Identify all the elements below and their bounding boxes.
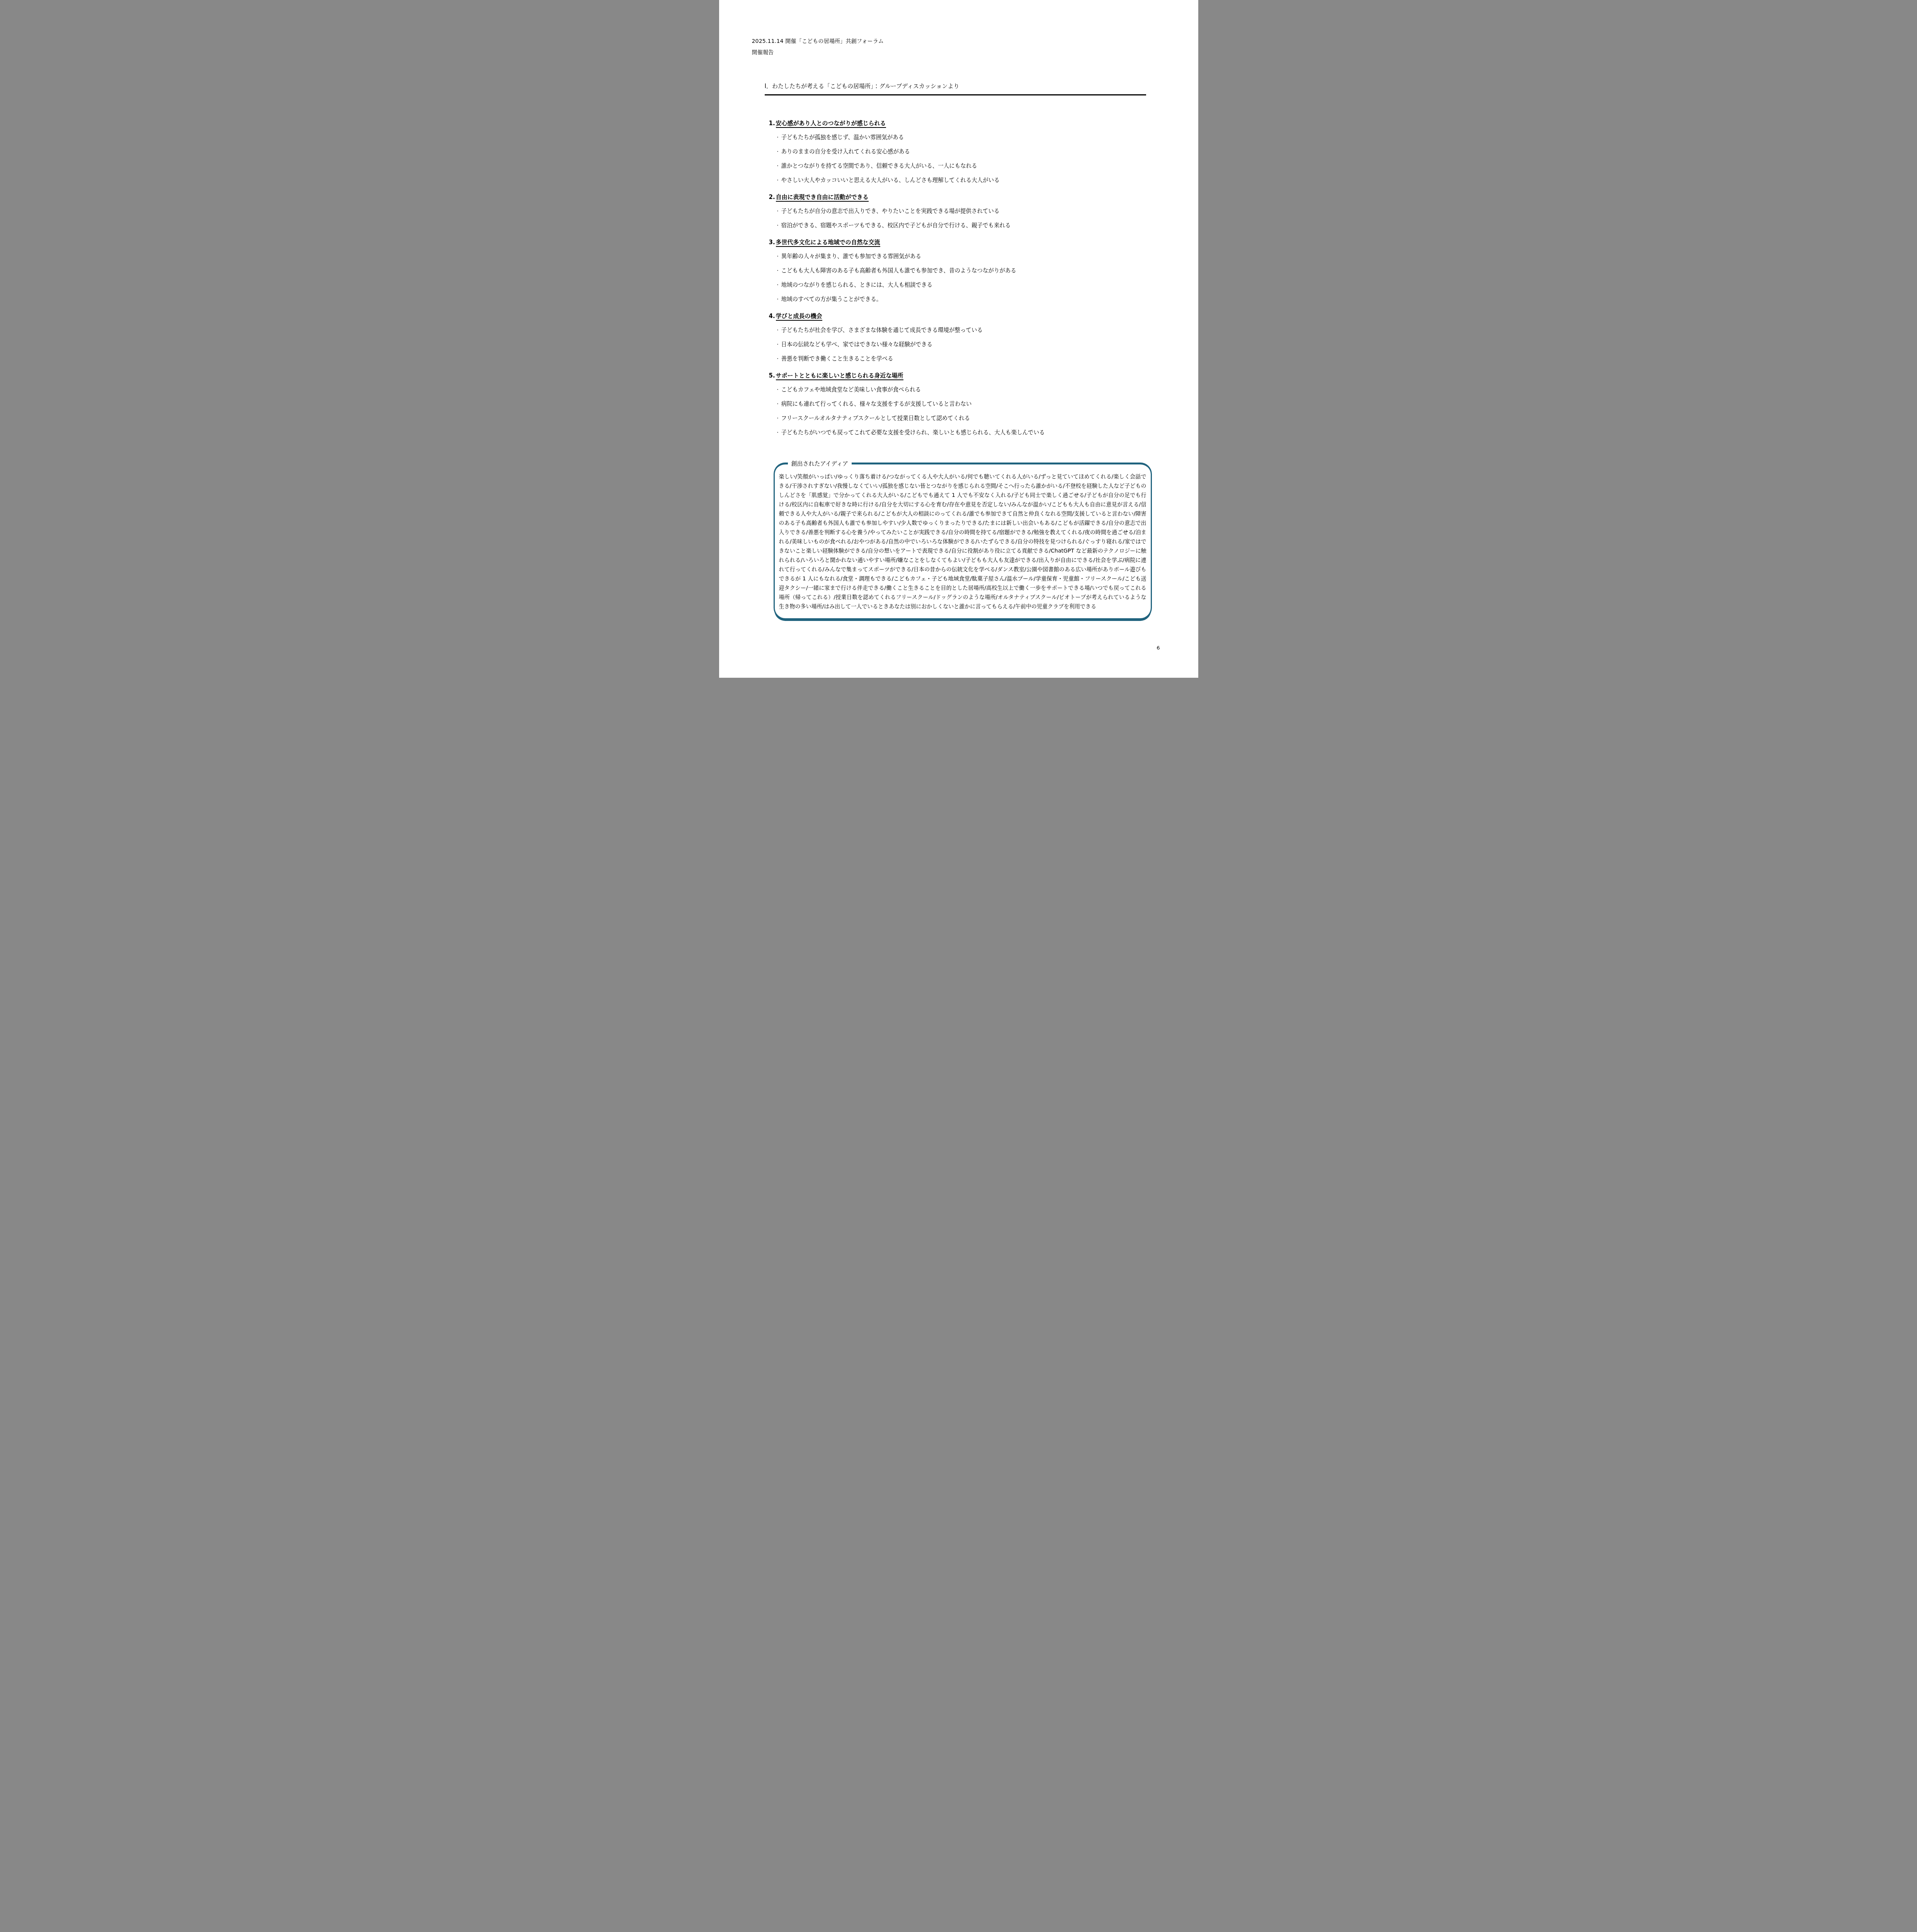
list-item: ・こどもカフェや地域食堂など美味しい食事が食べられる — [769, 383, 1165, 397]
bullet-icon: ・ — [776, 159, 781, 173]
group-list: 1.安心感があり人とのつながりが感じられる ・子どもたちが孤独を感じず、温かい雰… — [769, 116, 1165, 440]
section-title: Ⅰ．わたしたちが考える「こどもの居場所」：グループディスカッションより — [765, 83, 959, 90]
bullet-text: フリースクールオルタナティブスクールとして授業日数として認めてくれる — [781, 415, 970, 422]
bullet-icon: ・ — [776, 264, 781, 278]
document-header-line2: 開催報告 — [752, 49, 1165, 56]
group-title: 学びと成長の機会 — [776, 313, 822, 321]
group-heading-1: 1.安心感があり人とのつながりが感じられる — [769, 116, 1165, 131]
bullet-text: 子どもたちが社会を学び、さまざまな体験を通じて成長できる環境が整っている — [781, 327, 983, 333]
list-item: ・宿泊ができる、宿題やスポーツもできる、校区内で子どもが自分で行ける、親子でも来… — [769, 219, 1165, 233]
bullet-text: 地域のつながりを感じられる、ときには、大人も相談できる — [781, 282, 933, 288]
bullet-icon: ・ — [776, 338, 781, 352]
group-heading-5: 5.サポートとともに楽しいと感じられる身近な場所 — [769, 369, 1165, 383]
bullet-icon: ・ — [776, 131, 781, 145]
bullet-icon: ・ — [776, 352, 781, 366]
group-number: 5. — [769, 369, 776, 383]
bullet-icon: ・ — [776, 426, 781, 440]
list-item: ・地域のつながりを感じられる、ときには、大人も相談できる — [769, 278, 1165, 293]
ideas-box: 創出されたアイディア 楽しい/笑顔がいっぱい/ゆっくり落ち着ける/つながってくる… — [774, 463, 1152, 619]
list-item: ・やさしい大人やカッコいいと思える大人がいる、しんどさも理解してくれる大人がいる — [769, 173, 1165, 188]
list-item: ・異年齢の人々が集まり、誰でも参加できる雰囲気がある — [769, 250, 1165, 264]
bullet-icon: ・ — [776, 204, 781, 219]
list-item: ・地域のすべての方が集うことができる。 — [769, 293, 1165, 307]
group-heading-4: 4.学びと成長の機会 — [769, 309, 1165, 323]
document-page: 2025.11.14 開催「こどもの居場所」共創フォーラム 開催報告 Ⅰ．わたし… — [719, 0, 1198, 678]
list-item: ・善悪を判断でき働くこと生きることを学べる — [769, 352, 1165, 366]
bullet-icon: ・ — [776, 383, 781, 397]
group-number: 4. — [769, 309, 776, 323]
bullet-text: 異年齢の人々が集まり、誰でも参加できる雰囲気がある — [781, 253, 922, 260]
group-heading-3: 3.多世代多文化による地域での自然な交流 — [769, 235, 1165, 250]
bullet-icon: ・ — [776, 219, 781, 233]
section-title-rule: Ⅰ．わたしたちが考える「こどもの居場所」：グループディスカッションより — [765, 82, 1146, 95]
list-item: ・ありのままの自分を受け入れてくれる安心感がある — [769, 145, 1165, 159]
list-item: ・子どもたちがいつでも戻ってこれて必要な支援を受けられ、楽しいとも感じられる、大… — [769, 426, 1165, 440]
bullet-icon: ・ — [776, 397, 781, 412]
bullet-icon: ・ — [776, 250, 781, 264]
bullet-icon: ・ — [776, 173, 781, 188]
list-item: ・病院にも連れて行ってくれる、様々な支援をするが支援していると言わない — [769, 397, 1165, 412]
bullet-text: こどもカフェや地域食堂など美味しい食事が食べられる — [781, 387, 921, 393]
document-header-line1: 2025.11.14 開催「こどもの居場所」共創フォーラム — [752, 37, 1165, 45]
ideas-box-text: 楽しい/笑顔がいっぱい/ゆっくり落ち着ける/つながってくる人や大人がいる/何でも… — [779, 472, 1146, 611]
page-content: 2025.11.14 開催「こどもの居場所」共創フォーラム 開催報告 Ⅰ．わたし… — [719, 0, 1198, 619]
bullet-text: 子どもたちがいつでも戻ってこれて必要な支援を受けられ、楽しいとも感じられる、大人… — [781, 430, 1045, 436]
bullet-text: 地域のすべての方が集うことができる。 — [781, 296, 882, 303]
bullet-icon: ・ — [776, 412, 781, 426]
bullet-icon: ・ — [776, 293, 781, 307]
group-number: 2. — [769, 190, 776, 204]
bullet-icon: ・ — [776, 145, 781, 159]
list-item: ・誰かとつながりを持てる空間であり、信頼できる大人がいる、一人にもなれる — [769, 159, 1165, 173]
group-title: 自由に表現でき自由に活動ができる — [776, 194, 869, 202]
bullet-text: やさしい大人やカッコいいと思える大人がいる、しんどさも理解してくれる大人がいる — [781, 177, 1000, 184]
bullet-text: こどもも大人も障害のある子も高齢者も外国人も誰でも参加でき、昔のようなつながりが… — [781, 268, 1016, 274]
bullet-text: 子どもたちが自分の意志で出入りでき、やりたいことを実践できる場が提供されている — [781, 208, 1000, 214]
list-item: ・日本の伝統なども学べ、家ではできない様々な経験ができる — [769, 338, 1165, 352]
list-item: ・フリースクールオルタナティブスクールとして授業日数として認めてくれる — [769, 412, 1165, 426]
group-title: 多世代多文化による地域での自然な交流 — [776, 239, 880, 247]
group-number: 1. — [769, 116, 776, 131]
bullet-icon: ・ — [776, 323, 781, 338]
bullet-text: ありのままの自分を受け入れてくれる安心感がある — [781, 149, 910, 155]
list-item: ・子どもたちが孤独を感じず、温かい雰囲気がある — [769, 131, 1165, 145]
bullet-text: 病院にも連れて行ってくれる、様々な支援をするが支援していると言わない — [781, 401, 972, 407]
bullet-text: 宿泊ができる、宿題やスポーツもできる、校区内で子どもが自分で行ける、親子でも来れ… — [781, 223, 1011, 229]
bullet-icon: ・ — [776, 278, 781, 293]
page-number: 6 — [1157, 645, 1160, 651]
bullet-text: 子どもたちが孤独を感じず、温かい雰囲気がある — [781, 134, 904, 141]
bullet-text: 善悪を判断でき働くこと生きることを学べる — [781, 356, 893, 362]
group-title: サポートとともに楽しいと感じられる身近な場所 — [776, 372, 903, 380]
list-item: ・こどもも大人も障害のある子も高齢者も外国人も誰でも参加でき、昔のようなつながり… — [769, 264, 1165, 278]
bullet-text: 誰かとつながりを持てる空間であり、信頼できる大人がいる、一人にもなれる — [781, 163, 977, 169]
list-item: ・子どもたちが自分の意志で出入りでき、やりたいことを実践できる場が提供されている — [769, 204, 1165, 219]
group-number: 3. — [769, 235, 776, 250]
group-title: 安心感があり人とのつながりが感じられる — [776, 120, 886, 128]
ideas-box-label: 創出されたアイディア — [788, 459, 852, 468]
bullet-text: 日本の伝統なども学べ、家ではできない様々な経験ができる — [781, 342, 933, 348]
group-heading-2: 2.自由に表現でき自由に活動ができる — [769, 190, 1165, 204]
list-item: ・子どもたちが社会を学び、さまざまな体験を通じて成長できる環境が整っている — [769, 323, 1165, 338]
